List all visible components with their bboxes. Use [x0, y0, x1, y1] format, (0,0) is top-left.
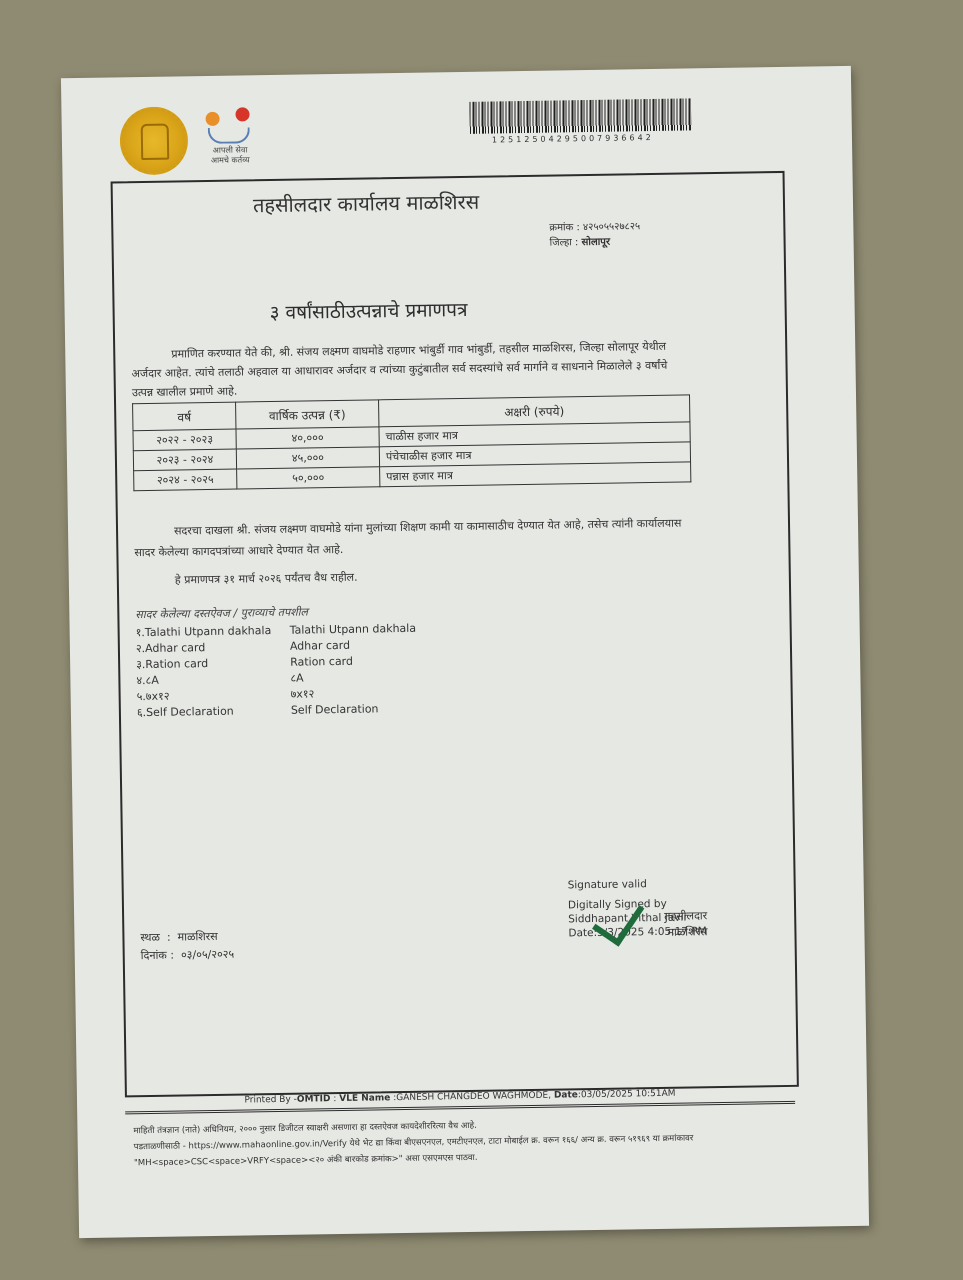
office-meta: क्रमांक : ४२५०५५२७८२५ जिल्हा : सोलापूर [549, 219, 640, 250]
year-cell: २०२३ - २०२४ [133, 449, 236, 471]
printed-date-label: Date [554, 1090, 578, 1100]
documents-heading: सादर केलेल्या दस्तऐवज / पुराव्याचे तपशील [135, 604, 308, 622]
printed-omtid: OMTID [297, 1094, 331, 1105]
signature-status: Signature valid [568, 876, 707, 892]
barcode-icon [469, 98, 691, 133]
certificate-title: ३ वर्षांसाठीउत्पन्नाचे प्रमाणपत्र [269, 296, 467, 325]
income-table: वर्ष वार्षिक उत्पन्न (₹) अक्षरी (रुपये) … [132, 394, 691, 491]
intro-paragraph: प्रमाणित करण्यात येते की, श्री. संजय लक्… [131, 336, 692, 402]
doc-right: Self Declaration [291, 701, 379, 718]
government-seal-icon [119, 106, 188, 175]
vle-label: VLE Name [339, 1093, 390, 1104]
col-year: वर्ष [133, 402, 236, 431]
income-cell: ४०,००० [236, 427, 379, 449]
signatory-office: तहसीलदार माळशिरस [664, 908, 708, 941]
aaple-sarkar-logo-icon: आपली सेवाआमचे कर्तव्य [201, 105, 258, 176]
date-label: दिनांक [141, 949, 167, 962]
col-income: वार्षिक उत्पन्न (₹) [236, 400, 379, 429]
documents-list: १.Talathi Utpann dakhalaTalathi Utpann d… [136, 621, 418, 721]
signatory-title: तहसीलदार [664, 908, 707, 925]
income-cell: ५०,००० [237, 467, 380, 489]
place-value: माळशिरस [177, 930, 217, 944]
doc-right: Adhar card [290, 638, 350, 655]
krmank-value: ४२५०५५२७८२५ [583, 221, 640, 233]
barcode-number: 12512504295007936642 [492, 133, 654, 145]
printed-prefix: Printed By - [244, 1095, 297, 1106]
purpose-paragraph: सदरचा दाखला श्री. संजय लक्ष्मण वाघमोडे य… [134, 512, 695, 563]
year-cell: २०२२ - २०२३ [133, 429, 236, 451]
place-date: स्थळ : माळशिरस दिनांक : ०३/०५/२०२५ [140, 928, 234, 965]
vle-name: GANESH CHANGDEO WAGHMODE, [396, 1091, 551, 1103]
logo-text-2: आमचे कर्तव्य [211, 155, 250, 165]
doc-right: Talathi Utpann dakhala [290, 621, 417, 639]
certificate-paper: आपली सेवाआमचे कर्तव्य 125125042950079366… [61, 66, 869, 1238]
year-cell: २०२४ - २०२५ [134, 469, 237, 491]
signatory-place: माळशिरस [664, 924, 707, 941]
doc-right: Ration card [290, 654, 353, 671]
validity-text: हे प्रमाणपत्र ३१ मार्च २०२६ पर्यंतच वैध … [175, 570, 358, 588]
income-cell: ४५,००० [236, 447, 379, 469]
verification-footer: माहिती तंत्रज्ञान (नाते) अधिनियम, २००० न… [133, 1112, 834, 1171]
place-label: स्थळ [140, 931, 160, 944]
printed-date: 03/05/2025 10:51AM [581, 1089, 676, 1100]
krmank-label: क्रमांक [549, 222, 573, 233]
date-value: ०३/०५/२०२५ [181, 948, 234, 962]
district-label: जिल्हा [550, 237, 572, 248]
words-cell: पन्नास हजार मात्र [380, 462, 691, 487]
doc-left: ६.Self Declaration [137, 703, 291, 721]
district-value: सोलापूर [581, 237, 610, 248]
office-title: तहसीलदार कार्यालय माळशिरस [253, 188, 480, 219]
logo-text-1: आपली सेवा [213, 145, 248, 155]
doc-right: ७x१२ [291, 686, 315, 702]
doc-right: ८A [290, 671, 303, 687]
